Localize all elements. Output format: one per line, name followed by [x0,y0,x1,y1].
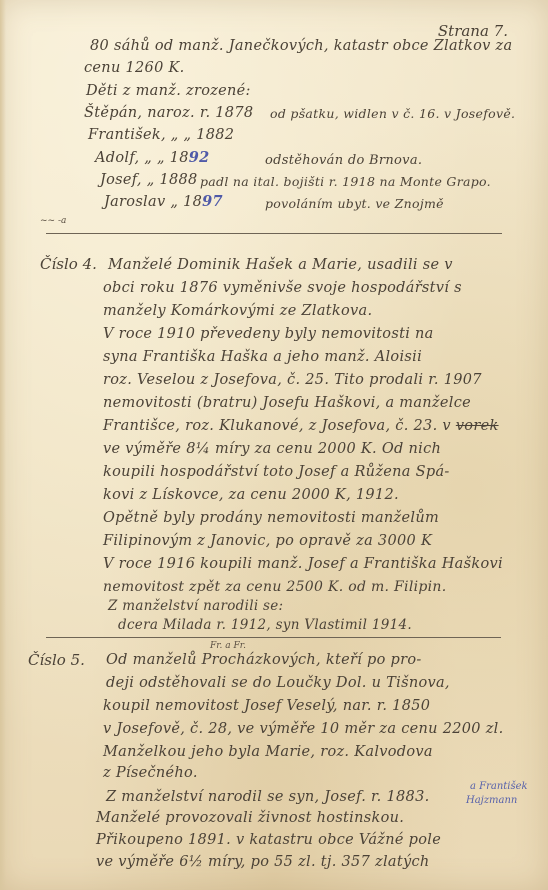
text-line: roz. Veselou z Josefova, č. 25. Tito pro… [103,372,482,388]
child-note: od pšatku, widlen v č. 16. v Josefově. [270,106,515,121]
text-line: V roce 1910 převedeny byly nemovitosti n… [103,326,434,342]
section-divider [46,233,502,234]
blue-correction: 97 [202,193,223,210]
superscript-note: Fr. a Fr. [210,641,246,651]
child-name-text: Jaroslav „ 18 [104,194,202,210]
text-line: manžely Komárkovými ze Zlatkova. [103,303,372,319]
text-line: nemovitosti (bratru) Josefu Haškovi, a m… [103,395,471,411]
child-name: Adolf, „ „ 1892 [95,149,210,166]
text-line: ve výměře 6½ míry, po 55 zl. tj. 357 zla… [96,854,430,870]
text-line: kovi z Lískovce, za cenu 2000 K, 1912. [103,487,399,503]
document-page: Strana 7. 80 sáhů od manž. Janečkových, … [0,0,548,890]
blue-annotation: Hajzmann [466,795,517,806]
child-name: Jaroslav „ 1897 [104,193,223,210]
child-name: František, „ „ 1882 [88,127,234,143]
text-line: syna Františka Haška a jeho manž. Aloisi… [103,349,422,365]
text-line: Manželkou jeho byla Marie, roz. Kalvodov… [103,744,433,760]
text-line-content: Františce, roz. Klukanové, z Josefova, č… [103,418,451,434]
text-line: Z manželství narodil se syn, Josef. r. 1… [106,789,430,805]
text-line: z Písečného. [103,765,198,781]
margin-scribble: ~~ -a [40,216,66,226]
child-note: odstěhován do Brnova. [265,153,422,168]
page-edge [0,0,6,890]
section-divider [46,637,501,638]
child-name: Štěpán, naroz. r. 1878 [84,105,253,121]
text-line: Z manželství narodili se: [108,598,283,614]
text-line: Přikoupeno 1891. v katastru obce Vážné p… [96,832,441,848]
text-line: koupili hospodářství toto Josef a Růžena… [103,464,450,480]
text-line: ve výměře 8¼ míry za cenu 2000 K. Od nic… [103,441,441,457]
text-line: Manželé provozovali živnost hostinskou. [96,810,404,826]
text-line: koupil nemovitost Josef Veselý, nar. r. … [103,698,430,714]
text-line: obci roku 1876 vyměnivše svoje hospodářs… [103,280,462,296]
child-note: povoláním ubyt. ve Znojmě [265,196,444,211]
text-line: V roce 1916 koupili manž. Josef a Franti… [103,556,503,572]
text-line: Opětně byly prodány nemovitosti manželům [103,510,439,526]
struck-text: vorek [456,418,499,434]
text-line: Děti z manž. zrozené: [86,83,251,99]
text-line: nemovitost zpět za cenu 2500 K. od m. Fi… [103,579,447,595]
text-line: Františce, roz. Klukanové, z Josefova, č… [103,418,499,434]
text-line: Filipinovým z Janovic, po opravě za 3000… [103,533,432,549]
entry-label: Číslo 4. [40,255,97,273]
text-line: dcera Milada r. 1912, syn Vlastimil 1914… [118,617,412,633]
child-note: padl na ital. bojišti r. 1918 na Monte G… [200,174,491,189]
child-name: Josef, „ 1888 [100,172,198,188]
text-line: deji odstěhovali se do Loučky Dol. u Tiš… [106,675,450,691]
text-line: Manželé Dominik Hašek a Marie, usadili s… [108,257,453,273]
text-line: Od manželů Procházkových, kteří po pro- [106,652,422,668]
blue-annotation: a František [470,781,528,792]
entry-label: Číslo 5. [28,651,85,669]
text-line: 80 sáhů od manž. Janečkových, katastr ob… [90,38,512,54]
text-line: cenu 1260 K. [84,60,185,76]
child-name-text: Adolf, „ „ 18 [95,150,189,166]
text-line: v Josefově, č. 28, ve výměře 10 měr za c… [103,721,504,737]
blue-correction: 92 [189,149,210,166]
